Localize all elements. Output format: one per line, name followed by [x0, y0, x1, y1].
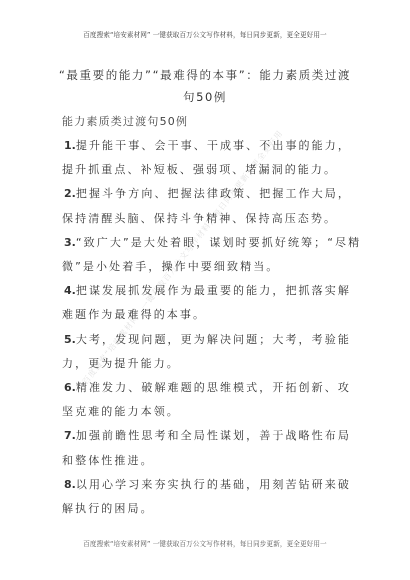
document-title-line-2: 句50例 [40, 89, 370, 105]
item-text: 以用心学习来夯实执行的基础，用刻苦钻研来破解执行的困局。 [62, 478, 351, 515]
list-item: 3.“致广大”是大处着眼，谋划时要抓好统筹；“尽精微”是小处着手，操作中要细致精… [62, 231, 362, 279]
item-number: 5. [64, 333, 76, 346]
document-subtitle: 能力素质类过渡句50例 [62, 113, 188, 129]
item-text: 大考，发现问题，更为解决问题；大考，考验能力，更为提升能力。 [62, 333, 351, 370]
item-text: 把谋发展抓发展作为最重要的能力，把抓落实解难题作为最难得的本事。 [62, 284, 351, 321]
item-text: 加强前瞻性思考和全局性谋划，善于战略性布局和整体性推进。 [62, 429, 351, 466]
list-item: 2.把握斗争方向、把握法律政策、把握工作大局，保持清醒头脑、保持斗争精神、保持高… [62, 182, 362, 230]
item-number: 1. [64, 139, 76, 152]
item-text: 提升能干事、会干事、干成事、不出事的能力，提升抓重点、补短板、强弱项、堵漏洞的能… [62, 139, 351, 176]
list-item: 6.精准发力、破解难题的思维模式，开拓创新、攻坚克难的能力本领。 [62, 376, 362, 424]
item-number: 8. [64, 478, 76, 491]
item-text: “致广大”是大处着眼，谋划时要抓好统筹；“尽精微”是小处着手，操作中要细致精当。 [62, 236, 361, 273]
item-number: 3. [64, 236, 76, 249]
list-item: 7.加强前瞻性思考和全局性谋划，善于战略性布局和整体性推进。 [62, 424, 362, 472]
page-header-banner: 百度搜索“培安素材网” 一键获取百万公文写作材料，每日同步更新，更全更好用一 [0, 29, 410, 39]
item-text: 精准发力、破解难题的思维模式，开拓创新、攻坚克难的能力本领。 [62, 381, 351, 418]
list-item: 4.把谋发展抓发展作为最重要的能力，把抓落实解难题作为最难得的本事。 [62, 279, 362, 327]
item-number: 4. [64, 284, 76, 297]
item-text: 把握斗争方向、把握法律政策、把握工作大局，保持清醒头脑、保持斗争精神、保持高压态… [62, 187, 351, 224]
list-item: 1.提升能干事、会干事、干成事、不出事的能力，提升抓重点、补短板、强弱项、堵漏洞… [62, 134, 362, 182]
document-title-line-1: “最重要的能力”“最难得的本事”：能力素质类过渡 [40, 67, 370, 83]
item-number: 7. [64, 429, 76, 442]
item-number: 2. [64, 187, 76, 200]
document-body: 1.提升能干事、会干事、干成事、不出事的能力，提升抓重点、补短板、强弱项、堵漏洞… [62, 134, 362, 521]
page-footer-banner: 百度搜索“培安素材网” 一键获取百万公文写作材料，每日同步更新，更全更好用一 [0, 538, 410, 548]
list-item: 5.大考，发现问题，更为解决问题；大考，考验能力，更为提升能力。 [62, 328, 362, 376]
list-item: 8.以用心学习来夯实执行的基础，用刻苦钻研来破解执行的困局。 [62, 473, 362, 521]
item-number: 6. [64, 381, 76, 394]
